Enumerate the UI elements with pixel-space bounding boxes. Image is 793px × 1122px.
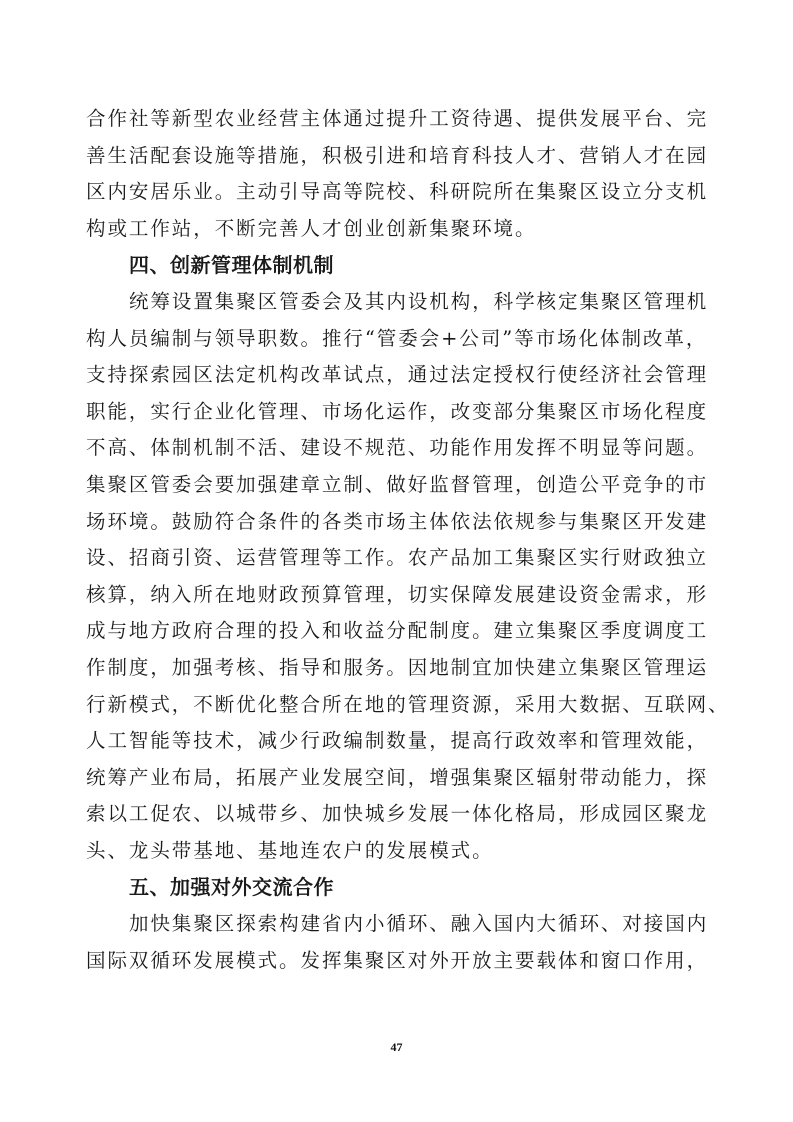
text-line: 人工智能等技术，减少行政编制数量，提高行政效率和管理效能， (86, 723, 710, 760)
text-line: 核算，纳入所在地财政预算管理，切实保障发展建设资金需求，形 (86, 577, 710, 614)
text-line: 头、龙头带基地、基地连农户的发展模式。 (86, 833, 710, 870)
text-line: 加快集聚区探索构建省内小循环、融入国内大循环、对接国内 (86, 906, 710, 943)
text-line: 索以工促农、以城带乡、加快城乡发展一体化格局，形成园区聚龙 (86, 796, 710, 833)
text-line: 成与地方政府合理的投入和收益分配制度。建立集聚区季度调度工 (86, 613, 710, 650)
text-line: 构人员编制与领导职数。推行“管委会+公司”等市场化体制改革， (86, 321, 710, 358)
text-line: 国际双循环发展模式。发挥集聚区对外开放主要载体和窗口作用， (86, 943, 710, 980)
paragraph-external-cooperation: 加快集聚区探索构建省内小循环、融入国内大循环、对接国内 国际双循环发展模式。发挥… (86, 906, 710, 979)
text-line: 统筹设置集聚区管委会及其内设机构，科学核定集聚区管理机 (86, 284, 710, 321)
paragraph-management-system: 统筹设置集聚区管委会及其内设机构，科学核定集聚区管理机 构人员编制与领导职数。推… (86, 284, 710, 870)
text-line: 职能，实行企业化管理、市场化运作，改变部分集聚区市场化程度 (86, 394, 710, 431)
text-line: 统筹产业布局，拓展产业发展空间，增强集聚区辐射带动能力，探 (86, 760, 710, 797)
section-heading-5: 五、加强对外交流合作 (86, 869, 710, 906)
text-line: 场环境。鼓励符合条件的各类市场主体依法依规参与集聚区开发建 (86, 504, 710, 541)
page-number: 47 (0, 1040, 793, 1055)
text-line: 作制度，加强考核、指导和服务。因地制宜加快建立集聚区管理运 (86, 650, 710, 687)
text-line: 不高、体制机制不活、建设不规范、功能作用发挥不明显等问题。 (86, 430, 710, 467)
text-line: 构或工作站，不断完善人才创业创新集聚环境。 (86, 211, 710, 248)
text-line: 支持探索园区法定机构改革试点，通过法定授权行使经济社会管理 (86, 357, 710, 394)
document-page-body: 合作社等新型农业经营主体通过提升工资待遇、提供发展平台、完 善生活配套设施等措施… (86, 101, 710, 979)
text-line: 合作社等新型农业经营主体通过提升工资待遇、提供发展平台、完 (86, 101, 710, 138)
text-line: 设、招商引资、运营管理等工作。农产品加工集聚区实行财政独立 (86, 540, 710, 577)
text-line: 善生活配套设施等措施，积极引进和培育科技人才、营销人才在园 (86, 138, 710, 175)
text-line: 行新模式，不断优化整合所在地的管理资源，采用大数据、互联网、 (86, 687, 710, 724)
paragraph-continuation: 合作社等新型农业经营主体通过提升工资待遇、提供发展平台、完 善生活配套设施等措施… (86, 101, 710, 247)
text-line: 区内安居乐业。主动引导高等院校、科研院所在集聚区设立分支机 (86, 174, 710, 211)
text-line: 集聚区管委会要加强建章立制、做好监督管理，创造公平竞争的市 (86, 467, 710, 504)
section-heading-4: 四、创新管理体制机制 (86, 247, 710, 284)
